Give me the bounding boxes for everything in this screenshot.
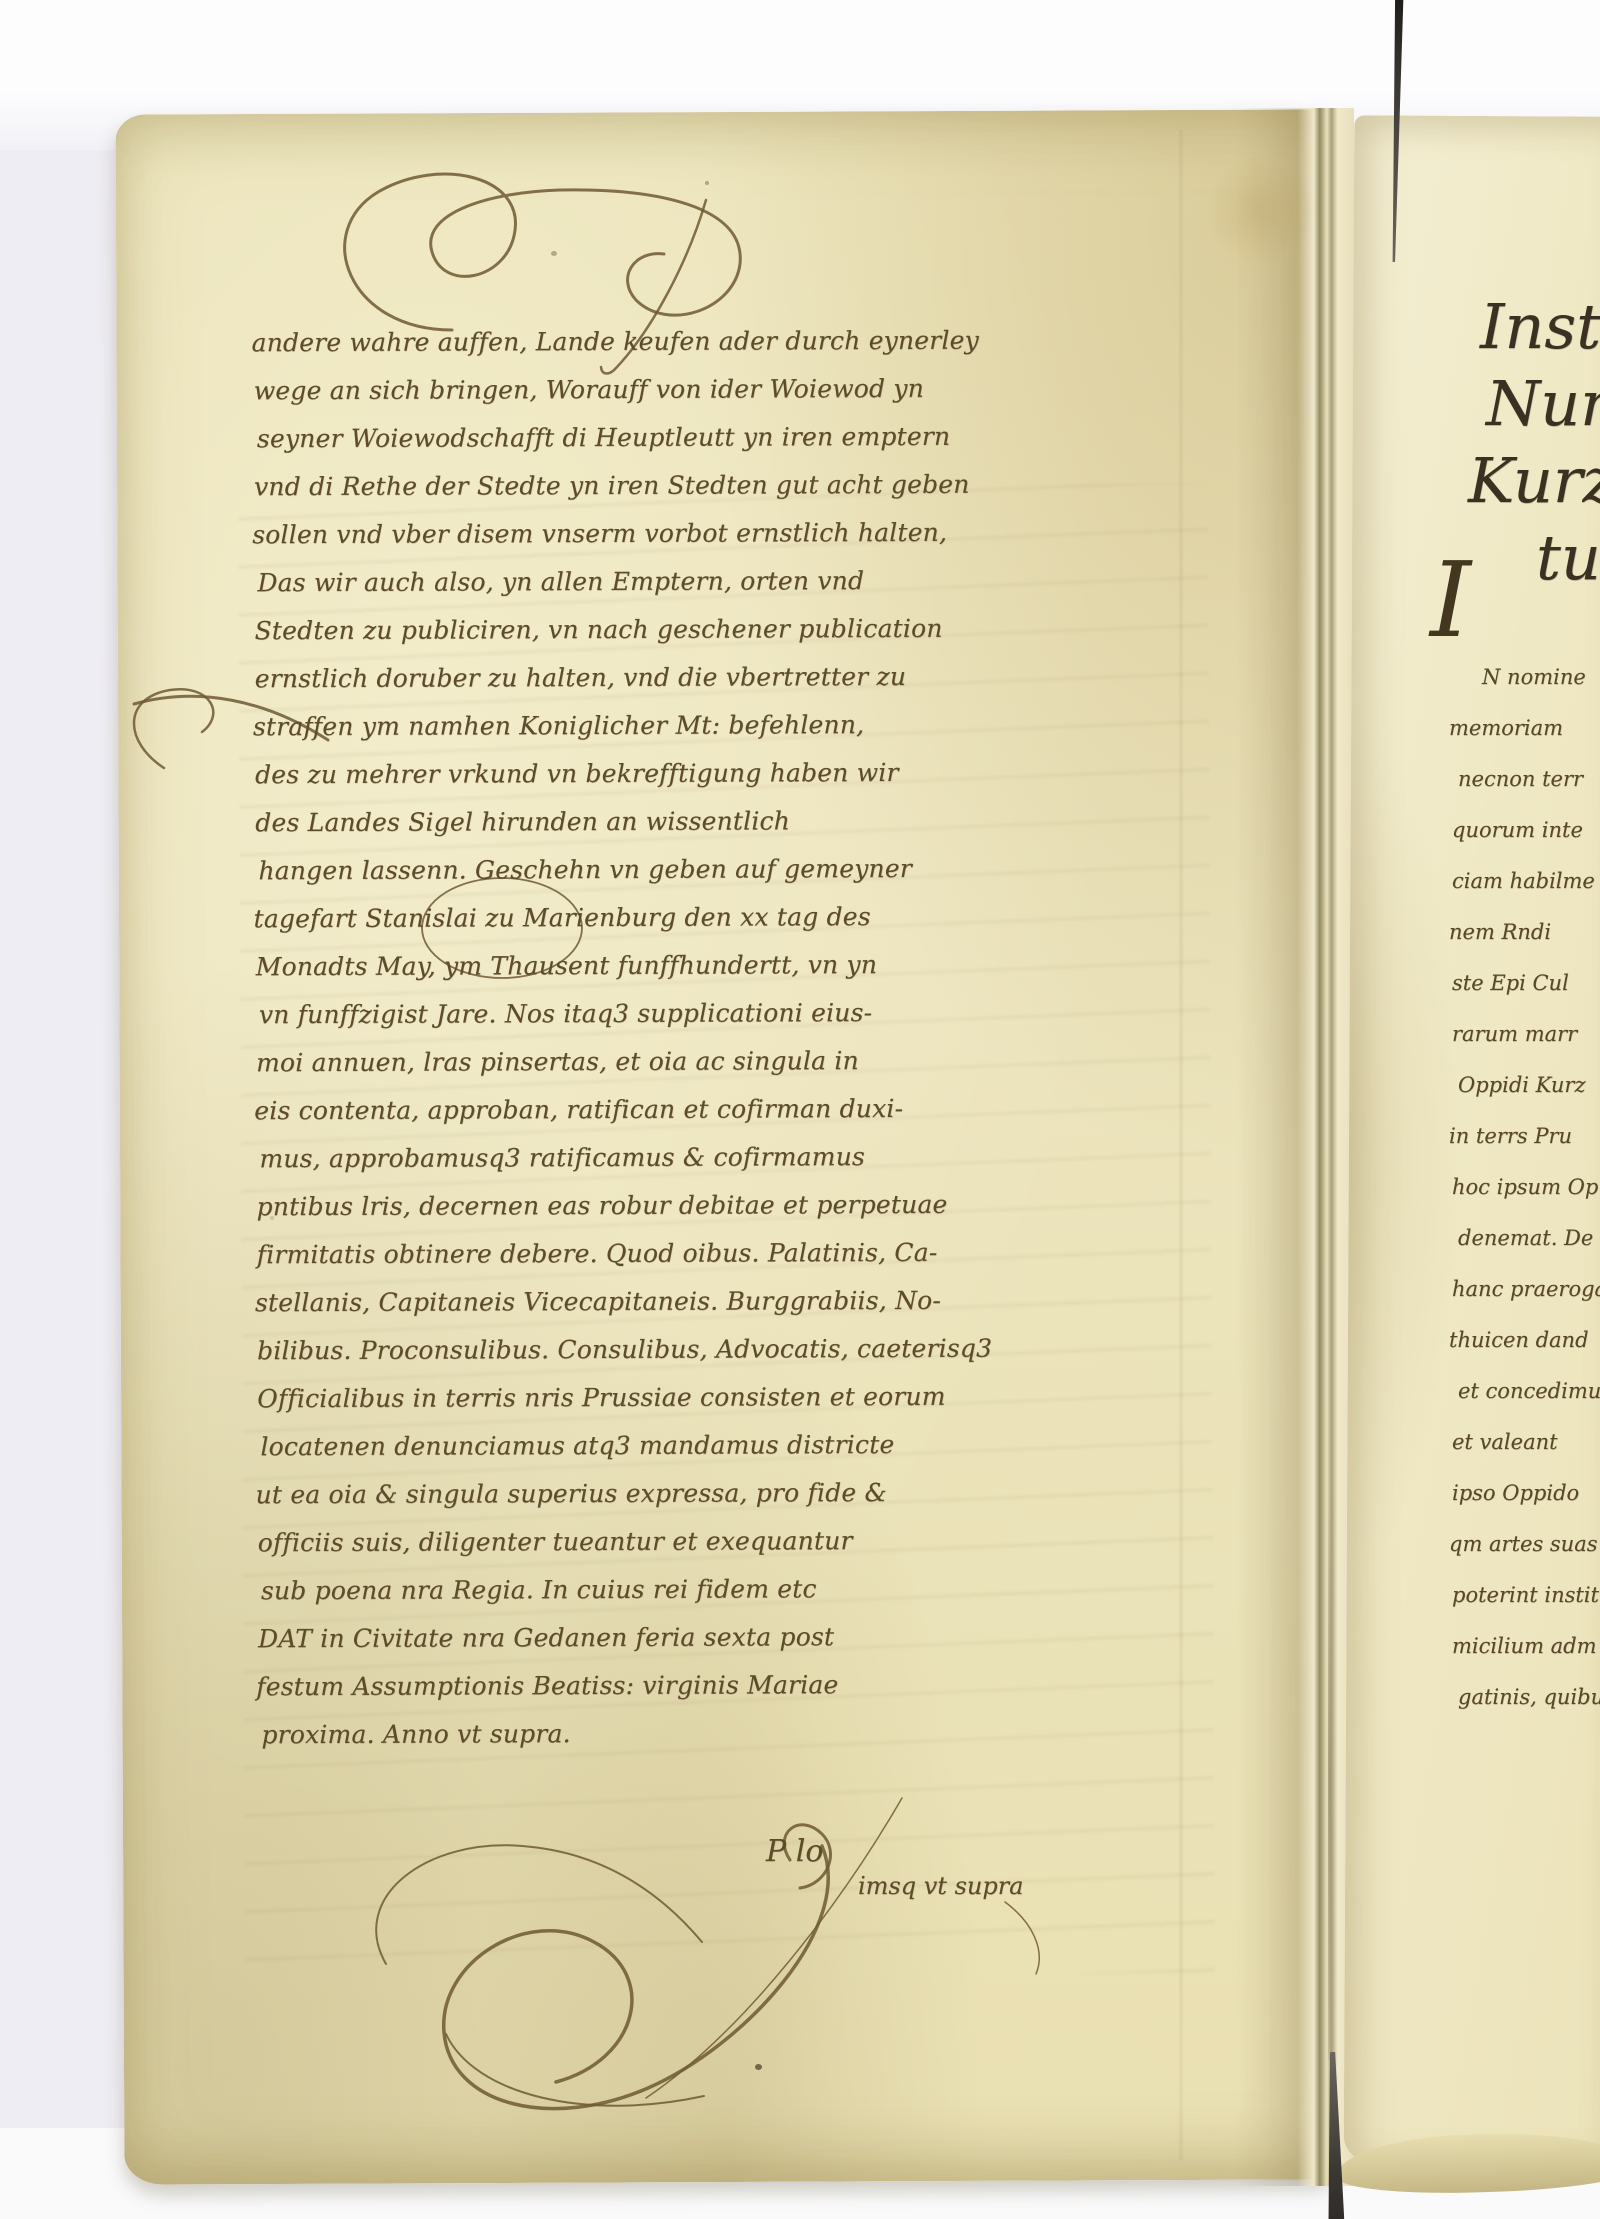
manuscript-line: ciam habilme (1452, 856, 1600, 907)
manuscript-line: quorum inte (1452, 805, 1600, 856)
manuscript-line: moi annuen, lras pinsertas, et oia ac si… (256, 1037, 946, 1087)
leaf-edge (1328, 1500, 1331, 2060)
manuscript-line: eis contenta, approban, ratifican et cof… (254, 1085, 946, 1135)
manuscript-line: ut ea oia & singula superius expressa, p… (256, 1469, 948, 1519)
manuscript-line: festum Assumptionis Beatiss: virginis Ma… (256, 1661, 948, 1711)
manuscript-line: officiis suis, diligenter tueantur et ex… (258, 1517, 948, 1567)
manuscript-line: firmitatis obtinere debere. Quod oibus. … (257, 1229, 947, 1279)
manuscript-line: ste Epi Cul (1452, 958, 1600, 1009)
signature-line: P lo (766, 1834, 823, 1869)
manuscript-line: hangen lassenn. Geschehn vn geben auf ge… (258, 845, 945, 895)
manuscript-line: pntibus lris, decernen eas robur debitae… (257, 1181, 947, 1231)
manuscript-line: ipso Oppido (1452, 1468, 1600, 1519)
manuscript-line: necnon terr (1458, 754, 1600, 805)
manuscript-body-text: andere wahre auffen, Lande keufen ader d… (253, 317, 948, 1759)
manuscript-scan: andere wahre auffen, Lande keufen ader d… (0, 0, 1600, 2219)
manuscript-line: Das wir auch also, yn allen Emptern, ort… (257, 557, 944, 607)
manuscript-line: et concedimus (1458, 1366, 1600, 1417)
manuscript-line: straffen ym namhen Koniglicher Mt: befeh… (253, 701, 945, 751)
right-page-initial-letter: I (1430, 548, 1471, 652)
manuscript-line: gatinis, quibu (1458, 1672, 1600, 1723)
parchment-stain (1200, 150, 1320, 270)
manuscript-line: poterint instit (1452, 1570, 1600, 1621)
page-crease (1178, 130, 1184, 2160)
manuscript-line: Officialibus in terris nris Prussiae con… (257, 1373, 947, 1423)
right-page-body-text: N nomine memoriam necnon terr quorum int… (1452, 652, 1600, 1723)
manuscript-line: tagefart Stanislai zu Marienburg den xx … (253, 893, 945, 943)
manuscript-line: bilibus. Proconsulibus. Consulibus, Advo… (257, 1325, 947, 1375)
manuscript-line: hanc praerogat (1452, 1264, 1600, 1315)
manuscript-line: thuicen dand (1449, 1315, 1600, 1366)
manuscript-line: et valeant (1452, 1417, 1600, 1468)
manuscript-line: Monadts May, ym Thausent funffhundertt, … (256, 941, 946, 991)
heading-line: tu (1536, 519, 1600, 596)
manuscript-line: rarum marr (1452, 1009, 1600, 1060)
manuscript-line: hoc ipsum Op (1452, 1162, 1600, 1213)
manuscript-line: nem Rndi (1449, 907, 1600, 958)
manuscript-line: qm artes suas (1449, 1519, 1600, 1570)
manuscript-line: ernstlich doruber zu halten, vnd die vbe… (255, 653, 945, 703)
book-gutter (1236, 108, 1354, 2186)
heading-line: Institu (1480, 288, 1600, 365)
manuscript-line: proxima. Anno vt supra. (261, 1709, 948, 1759)
manuscript-line: denemat. De (1458, 1213, 1600, 1264)
manuscript-line: N nomine (1482, 652, 1600, 703)
manuscript-line: des zu mehrer vrkund vn bekrefftigung ha… (255, 749, 945, 799)
manuscript-line: seyner Woiewodschafft di Heuptleutt yn i… (257, 413, 944, 463)
manuscript-line: DAT in Civitate nra Gedanen feria sexta … (258, 1613, 948, 1663)
ink-speck (551, 251, 557, 256)
ink-speck (755, 2064, 762, 2070)
heading-line: Nund (1486, 365, 1600, 442)
manuscript-line: Oppidi Kurz (1458, 1060, 1600, 1111)
manuscript-line: in terrs Pru (1449, 1111, 1600, 1162)
manuscript-line: des Landes Sigel hirunden an wissentlich (255, 797, 945, 847)
manuscript-line: sub poena nra Regia. In cuius rei fidem … (261, 1565, 948, 1615)
heading-line: Kurze (1468, 442, 1600, 519)
manuscript-line: memoriam (1449, 703, 1600, 754)
manuscript-line: micilium adm (1452, 1621, 1600, 1672)
manuscript-line: sollen vnd vber disem vnserm vorbot erns… (252, 509, 944, 559)
ink-speck (705, 181, 709, 185)
manuscript-line: mus, approbamusq3 ratificamus & cofirmam… (259, 1133, 946, 1183)
manuscript-line: Stedten zu publiciren, vn nach geschener… (254, 605, 944, 655)
signature-line: imsq vt supra (858, 1872, 1024, 1900)
manuscript-line: andere wahre auffen, Lande keufen ader d… (251, 317, 943, 367)
manuscript-line: vn funffzigist Jare. Nos itaq3 supplicat… (259, 989, 946, 1039)
manuscript-line: wege an sich bringen, Worauff von ider W… (254, 365, 944, 415)
manuscript-line: stellanis, Capitaneis Vicecapitaneis. Bu… (255, 1277, 947, 1327)
manuscript-line: vnd di Rethe der Stedte yn iren Stedten … (254, 461, 944, 511)
manuscript-line: locatenen denunciamus atq3 mandamus dist… (260, 1421, 947, 1471)
